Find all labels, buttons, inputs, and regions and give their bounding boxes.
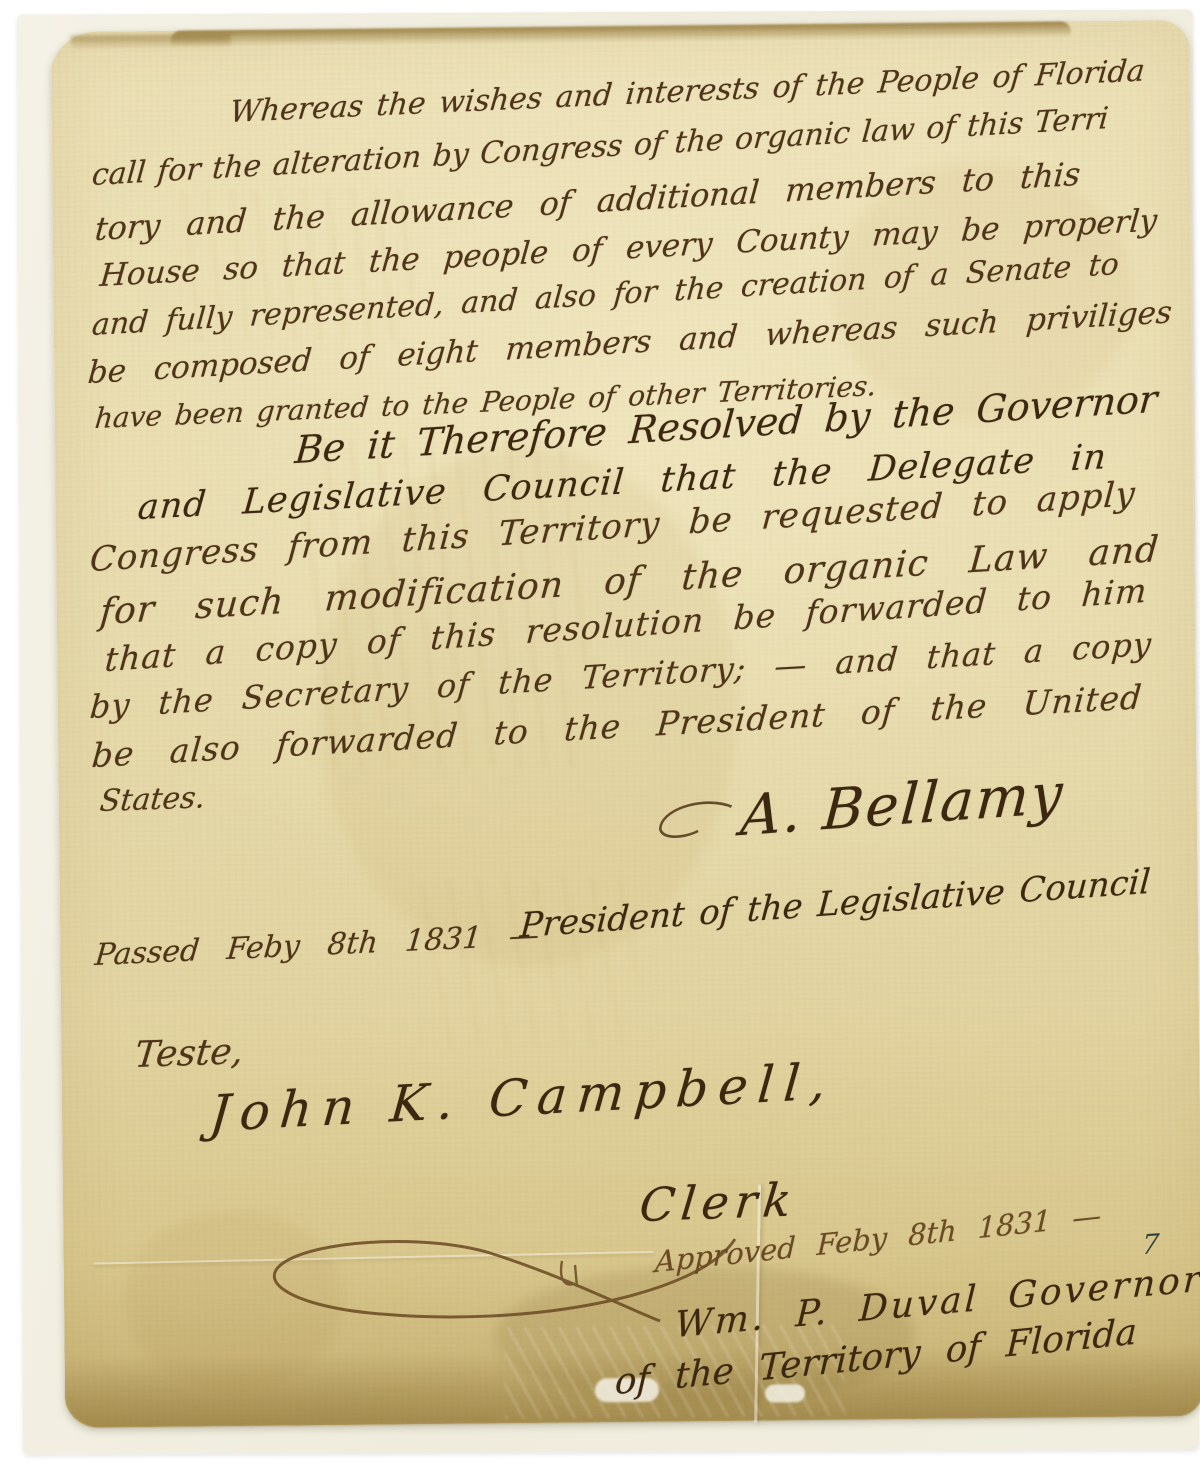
handwriting-layer: Whereas the wishes and interests of the … <box>0 0 1200 1473</box>
president-signature-text: A. Bellamy <box>739 761 1067 849</box>
signature-swash <box>653 792 736 848</box>
teste-label: Teste, <box>133 1031 245 1076</box>
clerk-signature: John K. Campbell, <box>207 1052 838 1143</box>
manuscript-line: States. <box>98 780 207 819</box>
page-number-annotation: 7 <box>1141 1229 1160 1261</box>
passed-date-line: Passed Feby 8th 1831 — <box>93 918 540 973</box>
president-title: President of the Legislative Council <box>519 862 1152 946</box>
scanned-document: Whereas the wishes and interests of the … <box>0 0 1200 1473</box>
president-signature: A. Bellamy <box>653 761 1067 855</box>
clerk-title: Clerk <box>637 1172 800 1232</box>
